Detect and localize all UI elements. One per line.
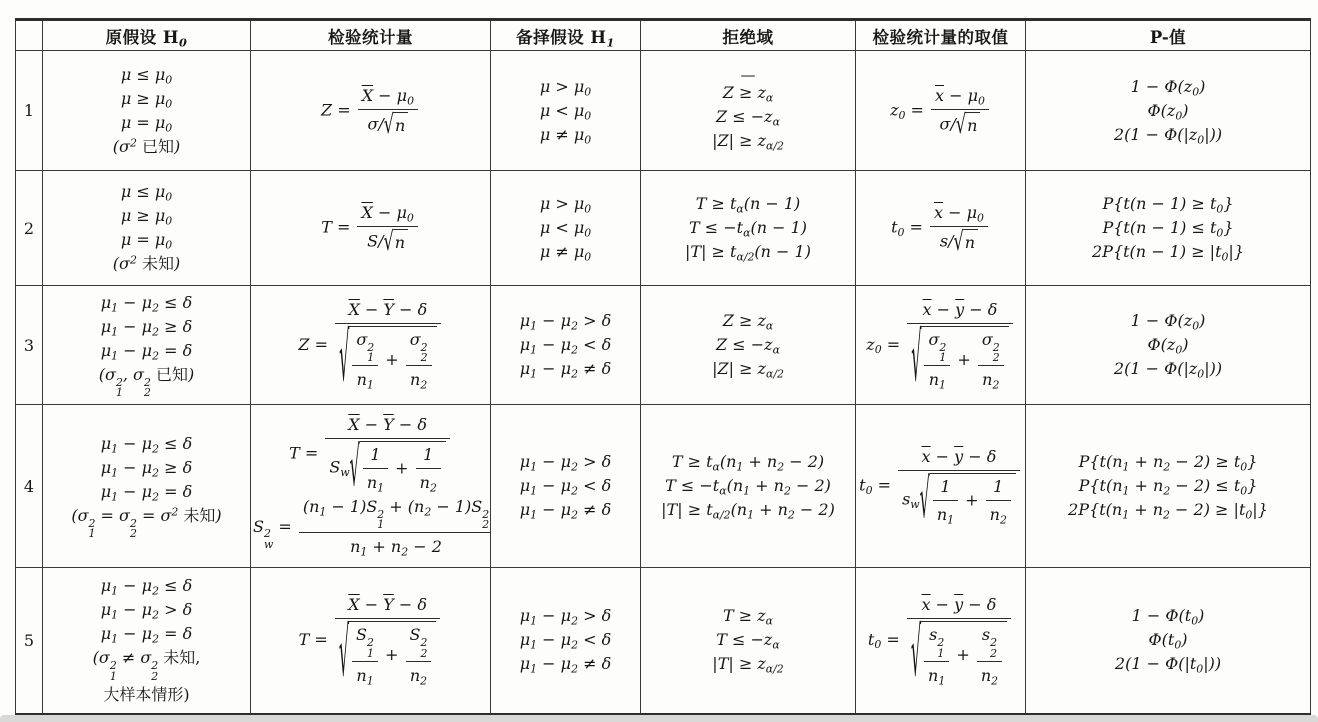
- cell-p: 1 − Φ(z0)Φ(z0)2(1 − Φ(|z0|)): [1026, 51, 1311, 171]
- formula-line: P{t(n1 + n2 − 2) ≤ t0}: [1028, 474, 1308, 498]
- formula-line: μ = μ0: [45, 111, 248, 135]
- denominator: n1: [924, 366, 950, 392]
- radicand: 1n1 + 1n2: [930, 473, 1016, 527]
- subscript: α: [773, 115, 780, 128]
- subscript: α/2: [766, 367, 784, 380]
- denominator: σ/√n: [931, 110, 989, 138]
- cell-h1: μ1 − μ2 > δμ1 − μ2 < δμ1 − μ2 ≠ δ: [491, 286, 641, 405]
- formula-line: |T| ≥ zα/2: [643, 652, 853, 676]
- subscript: 0: [179, 35, 187, 49]
- overline-var: Y: [383, 300, 394, 319]
- formula-line: z0 = x − y − δ√σ21n1 + σ22n2: [858, 298, 1023, 393]
- numerator: s22: [977, 623, 1002, 662]
- numerator: X − Y − δ: [335, 298, 440, 324]
- cell-value: t0 = x − y − δ√s21n1 + s22n2: [856, 568, 1026, 714]
- table-row: 3μ1 − μ2 ≤ δμ1 − μ2 ≥ δμ1 − μ2 = δ(σ21, …: [16, 286, 1311, 405]
- subscript: 0: [584, 133, 591, 146]
- subscript: 0: [1197, 133, 1204, 146]
- table-row: 1μ ≤ μ0μ ≥ μ0μ = μ0(σ2 已知)Z = X − μ0σ/√n…: [16, 51, 1311, 171]
- subscript: 1: [530, 343, 537, 356]
- denominator: σ/√n: [358, 110, 418, 138]
- denominator: n1: [363, 469, 388, 495]
- cell-h0: μ ≤ μ0μ ≥ μ0μ = μ0(σ2 已知): [43, 51, 251, 171]
- subscript: 1: [367, 353, 374, 364]
- subscript: α: [766, 91, 773, 104]
- cell-reject: —Z ≥ zαZ ≤ −zα|Z| ≥ zα/2: [641, 51, 856, 171]
- fraction: x − y − δ√σ21n1 + σ22n2: [907, 298, 1012, 393]
- numerator: 1: [986, 475, 1011, 501]
- sqrt: √s21n1 + s22n2: [911, 621, 1007, 688]
- radicand: σ21n1 + σ22n2: [921, 326, 1008, 393]
- sub-sup: 21: [367, 343, 374, 365]
- fraction: x − y − δ√s21n1 + s22n2: [907, 593, 1011, 688]
- formula-line: |Z| ≥ zα/2: [643, 357, 853, 381]
- subscript: 1: [1123, 460, 1130, 473]
- subscript: 0: [1192, 319, 1199, 332]
- upright-text: -值: [1162, 28, 1186, 47]
- subscript: 1: [530, 639, 537, 652]
- upright-text: 检验统计量: [328, 28, 413, 47]
- scanned-table-page: 原假设 H0检验统计量备择假设 H1拒绝域检验统计量的取值P-值 1μ ≤ μ0…: [0, 0, 1318, 722]
- subscript: 2: [152, 632, 159, 645]
- denominator: √σ21n1 + σ22n2: [335, 324, 440, 393]
- subscript: 0: [898, 226, 905, 239]
- cell-value: t0 = x − y − δsw√1n1 + 1n2: [856, 405, 1026, 568]
- radical-sign: √: [911, 326, 921, 393]
- radical-sign: √: [339, 621, 349, 688]
- sqrt: √σ21n1 + σ22n2: [911, 326, 1008, 393]
- sqrt: √n: [384, 112, 409, 138]
- formula-line: μ ≥ μ0: [45, 204, 248, 228]
- fraction: (n1 − 1)S21 + (n2 − 1)S22n1 + n2 − 2: [299, 495, 491, 560]
- fraction: 1n2: [416, 443, 441, 495]
- sub-sup: 21: [939, 343, 946, 365]
- column-header-h1: 备择假设 H1: [491, 20, 641, 51]
- fraction: 1n1: [363, 443, 388, 495]
- denominator: Sw√1n1 + 1n2: [325, 439, 450, 495]
- subscript: 1: [530, 484, 537, 497]
- formula-line: Φ(z0): [1028, 99, 1308, 123]
- fraction: X − μ0σ/√n: [358, 84, 418, 138]
- fraction: x − μ0σ/√n: [931, 84, 989, 138]
- subscript: 1: [111, 325, 118, 338]
- formula-line: μ1 − μ2 ≤ δ: [45, 574, 248, 598]
- formula-line: T = X − Y − δ√S21n1 + S22n2: [253, 593, 488, 688]
- denominator: n2: [978, 366, 1004, 392]
- cell-value: z0 = x − y − δ√σ21n1 + σ22n2: [856, 286, 1026, 405]
- formula-line: μ1 − μ2 > δ: [493, 604, 638, 628]
- subscript: 2: [571, 615, 578, 628]
- numerator: σ22: [978, 328, 1004, 367]
- formula-line: μ > μ0: [493, 192, 638, 216]
- superscript: 2: [130, 136, 137, 149]
- overline-var: x: [935, 86, 944, 105]
- radical-sign: √: [339, 326, 349, 393]
- numerator: S21: [352, 623, 378, 662]
- denominator: n2: [406, 662, 432, 688]
- cell-value: z0 = x − μ0σ/√n: [856, 51, 1026, 171]
- cell-h0: μ1 − μ2 ≤ δμ1 − μ2 ≥ δμ1 − μ2 = δ(σ21 = …: [43, 405, 251, 568]
- subscript: 2: [152, 349, 159, 362]
- formula-line: T = X − Y − δSw√1n1 + 1n2: [253, 413, 488, 495]
- sub-sup: 21: [367, 638, 374, 660]
- subscript: 2: [571, 460, 578, 473]
- numerator: s21: [924, 623, 949, 662]
- formula-line: μ < μ0: [493, 99, 638, 123]
- formula-line: 1 − Φ(t0): [1028, 604, 1308, 628]
- cell-reject: Z ≥ zαZ ≤ −zα|Z| ≥ zα/2: [641, 286, 856, 405]
- subscript: 2: [784, 484, 791, 497]
- cell-p: 1 − Φ(z0)Φ(z0)2(1 − Φ(|z0|)): [1026, 286, 1311, 405]
- sqrt: √n: [954, 229, 979, 255]
- subscript: 1: [530, 367, 537, 380]
- row-number: 2: [16, 171, 43, 286]
- radicand: n: [394, 229, 408, 255]
- radicand: 1n1 + 1n2: [360, 441, 446, 495]
- overline-var: Y: [383, 595, 394, 614]
- column-header-h0: 原假设 H0: [43, 20, 251, 51]
- sub-sup: 22: [421, 343, 428, 365]
- formula-line: 2(1 − Φ(|z0|)): [1028, 123, 1308, 147]
- subscript: 2: [993, 353, 1000, 364]
- fraction: 1n2: [986, 475, 1011, 527]
- formula-line: μ1 − μ2 > δ: [493, 450, 638, 474]
- subscript: 1: [530, 615, 537, 628]
- subscript: 2: [571, 367, 578, 380]
- subscript: 2: [130, 529, 137, 540]
- subscript: α: [713, 460, 720, 473]
- subscript: 0: [584, 85, 591, 98]
- upright-text: 未知: [183, 506, 215, 525]
- formula-line: T ≥ zα: [643, 604, 853, 628]
- overline-var: X: [361, 203, 372, 222]
- sub-sup: 22: [130, 519, 137, 541]
- denominator: √S21n1 + S22n2: [335, 619, 441, 688]
- denominator: √s21n1 + s22n2: [907, 619, 1011, 688]
- denominator: n2: [986, 501, 1011, 527]
- subscript: w: [910, 498, 919, 511]
- formula-line: μ ≠ μ0: [493, 240, 638, 264]
- upright-text: 检验统计量的取值: [873, 28, 1009, 47]
- subscript: 1: [607, 35, 615, 49]
- subscript: 1: [89, 529, 96, 540]
- denominator: S/√n: [357, 227, 417, 255]
- subscript: 0: [1216, 226, 1223, 239]
- denominator: n2: [406, 366, 432, 392]
- subscript: 2: [571, 484, 578, 497]
- cell-p: P{t(n − 1) ≥ t0}P{t(n − 1) ≤ t0}2P{t(n −…: [1026, 171, 1311, 286]
- formula-line: S2w = (n1 − 1)S21 + (n2 − 1)S22n1 + n2 −…: [253, 495, 488, 560]
- sub-sup: 21: [377, 510, 384, 532]
- numerator: 1: [363, 443, 388, 469]
- sub-sup: 21: [110, 661, 117, 683]
- subscript: 1: [947, 513, 954, 526]
- formula-line: μ ≤ μ0: [45, 180, 248, 204]
- formula-line: μ1 − μ2 < δ: [493, 333, 638, 357]
- formula-line: 2P{t(n1 + n2 − 2) ≥ |t0|}: [1028, 498, 1308, 522]
- subscript: α: [743, 226, 750, 239]
- formula-line: 1 − Φ(z0): [1028, 75, 1308, 99]
- subscript: α: [766, 319, 773, 332]
- cell-stat: T = X − Y − δ√S21n1 + S22n2: [251, 568, 491, 714]
- formula-line: (σ2 已知): [45, 135, 248, 159]
- cell-stat: T = X − μ0S/√n: [251, 171, 491, 286]
- numerator: 1: [416, 443, 441, 469]
- subscript: 2: [777, 460, 784, 473]
- subscript: 1: [111, 301, 118, 314]
- formula-line: 2(1 − Φ(|z0|)): [1028, 357, 1308, 381]
- cell-p: P{t(n1 + n2 − 2) ≥ t0}P{t(n1 + n2 − 2) ≤…: [1026, 405, 1311, 568]
- subscript: 0: [875, 343, 882, 356]
- sub-sup: 2w: [264, 529, 273, 551]
- subscript: 2: [420, 379, 427, 392]
- fraction: X − μ0S/√n: [357, 201, 417, 255]
- upright-text: 大样本情形): [103, 685, 189, 704]
- subscript: 2: [1000, 513, 1007, 526]
- subscript: 0: [1240, 484, 1247, 497]
- formula-line: μ ≥ μ0: [45, 87, 248, 111]
- overline-var: y: [954, 595, 963, 614]
- subscript: 2: [571, 639, 578, 652]
- formula-line: 1 − Φ(z0): [1028, 309, 1308, 333]
- subscript: 1: [938, 674, 945, 687]
- denominator: n2: [416, 469, 441, 495]
- denominator: √σ21n1 + σ22n2: [907, 324, 1012, 393]
- subscript: 1: [367, 674, 374, 687]
- formula-line: μ1 − μ2 = δ: [45, 622, 248, 646]
- radical-sign: √: [954, 229, 964, 255]
- formula-line: Z ≥ zα: [643, 81, 853, 105]
- radicand: n: [964, 229, 978, 255]
- formula-line: μ1 − μ2 ≥ δ: [45, 315, 248, 339]
- table-row: 4μ1 − μ2 ≤ δμ1 − μ2 ≥ δμ1 − μ2 = δ(σ21 =…: [16, 405, 1311, 568]
- column-header-stat: 检验统计量: [251, 20, 491, 51]
- overline-var: X: [348, 595, 359, 614]
- sub-sup: 22: [144, 378, 151, 400]
- formula-line: |T| ≥ tα/2(n1 + n2 − 2): [643, 498, 853, 522]
- numerator: S22: [406, 623, 432, 662]
- subscript: 2: [424, 505, 431, 518]
- subscript: α/2: [713, 508, 731, 521]
- cell-h1: μ > μ0μ < μ0μ ≠ μ0: [491, 171, 641, 286]
- radicand: σ21n1 + σ22n2: [349, 326, 436, 393]
- subscript: 1: [116, 388, 123, 399]
- radicand: s21n1 + s22n2: [921, 621, 1007, 688]
- subscript: 0: [1222, 250, 1229, 263]
- cell-h0: μ1 − μ2 ≤ δμ1 − μ2 ≥ δμ1 − μ2 = δ(σ21, σ…: [43, 286, 251, 405]
- overline-var: x: [934, 203, 943, 222]
- radicand: n: [394, 112, 408, 138]
- subscript: 1: [319, 505, 326, 518]
- formula-line: μ ≠ μ0: [493, 123, 638, 147]
- table-row: 5μ1 − μ2 ≤ δμ1 − μ2 > δμ1 − μ2 = δ(σ21 ≠…: [16, 568, 1311, 714]
- denominator: s/√n: [930, 227, 988, 255]
- formula-line: T ≤ −tα(n − 1): [643, 216, 853, 240]
- cell-h1: μ1 − μ2 > δμ1 − μ2 < δμ1 − μ2 ≠ δ: [491, 568, 641, 714]
- row-number: 4: [16, 405, 43, 568]
- subscript: 2: [421, 353, 428, 364]
- subscript: 1: [111, 608, 118, 621]
- subscript: 1: [111, 466, 118, 479]
- formula-line: μ = μ0: [45, 228, 248, 252]
- numerator: (n1 − 1)S21 + (n2 − 1)S22: [299, 495, 491, 534]
- subscript: α/2: [736, 250, 754, 263]
- subscript: 1: [111, 490, 118, 503]
- numerator: x − μ0: [931, 84, 989, 110]
- sqrt: √σ21n1 + σ22n2: [339, 326, 436, 393]
- subscript: 0: [165, 97, 172, 110]
- formula-line: μ ≤ μ0: [45, 63, 248, 87]
- subscript: 0: [584, 109, 591, 122]
- upright-text: 原假设: [106, 28, 157, 47]
- overline-var: y: [955, 300, 964, 319]
- formula-line: μ1 − μ2 < δ: [493, 474, 638, 498]
- formula-line: μ1 − μ2 ≠ δ: [493, 357, 638, 381]
- column-header-value: 检验统计量的取值: [856, 20, 1026, 51]
- numerator: X − μ0: [358, 84, 418, 110]
- formula-line: Z = X − Y − δ√σ21n1 + σ22n2: [253, 298, 488, 393]
- cell-h1: μ1 − μ2 > δμ1 − μ2 < δμ1 − μ2 ≠ δ: [491, 405, 641, 568]
- numerator: x − y − δ: [898, 445, 1020, 471]
- formula-line: μ1 − μ2 = δ: [45, 480, 248, 504]
- fraction: σ21n1: [352, 328, 378, 393]
- subscript: 2: [152, 325, 159, 338]
- subscript: 2: [151, 672, 158, 683]
- subscript: 0: [165, 238, 172, 251]
- subscript: 2: [1163, 508, 1170, 521]
- upright-text: 未知: [142, 254, 174, 273]
- radical-sign: √: [911, 621, 921, 688]
- subscript: 1: [530, 319, 537, 332]
- numerator: X − μ0: [357, 201, 417, 227]
- overline-var: x: [923, 300, 932, 319]
- subscript: 0: [978, 94, 985, 107]
- subscript: 1: [111, 584, 118, 597]
- denominator: n1: [352, 366, 378, 392]
- subscript: 0: [165, 121, 172, 134]
- sub-sup: 22: [151, 661, 158, 683]
- overline-var: X: [348, 415, 359, 434]
- subscript: 1: [743, 484, 750, 497]
- formula-line: μ1 − μ2 ≤ δ: [45, 291, 248, 315]
- superscript: 2: [130, 254, 137, 267]
- formula-line: Φ(z0): [1028, 333, 1308, 357]
- subscript: 0: [1174, 639, 1181, 652]
- subscript: α: [736, 202, 743, 215]
- formula-line: P{t(n − 1) ≤ t0}: [1028, 216, 1308, 240]
- subscript: 2: [401, 546, 408, 559]
- fraction: s22n2: [977, 623, 1002, 688]
- subscript: 0: [1216, 202, 1223, 215]
- cell-h0: μ1 − μ2 ≤ δμ1 − μ2 > δμ1 − μ2 = δ(σ21 ≠ …: [43, 568, 251, 714]
- cell-p: 1 − Φ(t0)Φ(t0)2(1 − Φ(|t0|)): [1026, 568, 1311, 714]
- sqrt: √n: [384, 229, 409, 255]
- formula-line: z0 = x − μ0σ/√n: [858, 84, 1023, 138]
- sub-sup: 22: [990, 638, 997, 660]
- fraction: s21n1: [924, 623, 949, 688]
- subscript: 2: [482, 520, 489, 531]
- subscript: 2: [571, 508, 578, 521]
- denominator: n2: [977, 662, 1002, 688]
- subscript: 2: [152, 301, 159, 314]
- upright-text: 拒绝域: [723, 28, 774, 47]
- hypothesis-test-table: 原假设 H0检验统计量备择假设 H1拒绝域检验统计量的取值P-值 1μ ≤ μ0…: [15, 18, 1311, 715]
- column-header-reject: 拒绝域: [641, 20, 856, 51]
- radical-sign: √: [350, 441, 360, 495]
- cell-h1: μ > μ0μ < μ0μ ≠ μ0: [491, 51, 641, 171]
- formula-line: T ≥ tα(n − 1): [643, 192, 853, 216]
- subscript: 2: [1163, 460, 1170, 473]
- subscript: 1: [377, 481, 384, 494]
- subscript: 1: [377, 520, 384, 531]
- subscript: 1: [939, 379, 946, 392]
- formula-line: (σ2 未知): [45, 252, 248, 276]
- overline-var: x: [922, 447, 931, 466]
- cell-h0: μ ≤ μ0μ ≥ μ0μ = μ0(σ2 未知): [43, 171, 251, 286]
- column-header-p: P-值: [1026, 20, 1311, 51]
- formula-line: (σ21 = σ22 = σ2 未知): [45, 504, 248, 541]
- formula-line: (σ21, σ22 已知): [45, 363, 248, 400]
- denominator: sw√1n1 + 1n2: [898, 471, 1020, 527]
- fraction: σ21n1: [924, 328, 950, 393]
- formula-line: |T| ≥ tα/2(n − 1): [643, 240, 853, 264]
- formula-line: μ1 − μ2 ≤ δ: [45, 432, 248, 456]
- formula-line: μ1 − μ2 = δ: [45, 339, 248, 363]
- subscript: α: [772, 639, 779, 652]
- radical-sign: √: [384, 229, 394, 255]
- numerator: σ21: [352, 328, 378, 367]
- numerator: X − Y − δ: [335, 593, 441, 619]
- sub-sup: 21: [116, 378, 123, 400]
- numerator: x − μ0: [930, 201, 988, 227]
- formula-line: μ1 − μ2 > δ: [493, 309, 638, 333]
- cell-reject: T ≥ tα(n − 1)T ≤ −tα(n − 1)|T| ≥ tα/2(n …: [641, 171, 856, 286]
- formula-line: |Z| ≥ zα/2: [643, 129, 853, 153]
- upright-text: 已知: [156, 365, 188, 384]
- subscript: 2: [152, 584, 159, 597]
- formula-line: Z ≤ −zα: [643, 333, 853, 357]
- formula-line: t0 = x − μ0s/√n: [858, 201, 1023, 255]
- fraction: σ22n2: [406, 328, 432, 393]
- subscript: α: [773, 343, 780, 356]
- upright-text: 未知,: [163, 648, 200, 667]
- subscript: 1: [530, 460, 537, 473]
- formula-line: 2(1 − Φ(|t0|)): [1028, 652, 1308, 676]
- subscript: α: [766, 615, 773, 628]
- sub-sup: 22: [993, 343, 1000, 365]
- radical-sign: √: [956, 112, 966, 138]
- subscript: 1: [111, 349, 118, 362]
- radical-sign: √: [384, 112, 394, 138]
- subscript: 0: [584, 226, 591, 239]
- formula-line: μ > μ0: [493, 75, 638, 99]
- subscript: 0: [1196, 663, 1203, 676]
- numerator: σ21: [924, 328, 950, 367]
- subscript: α/2: [766, 139, 784, 152]
- subscript: 2: [1163, 484, 1170, 497]
- formula-line: Z ≥ zα: [643, 309, 853, 333]
- subscript: 2: [571, 319, 578, 332]
- subscript: 1: [111, 442, 118, 455]
- subscript: 1: [110, 672, 117, 683]
- numerator: x − y − δ: [907, 593, 1011, 619]
- table-body: 1μ ≤ μ0μ ≥ μ0μ = μ0(σ2 已知)Z = X − μ0σ/√n…: [16, 51, 1311, 714]
- numerator: X − Y − δ: [325, 413, 450, 439]
- subscript: 2: [152, 490, 159, 503]
- subscript: α: [719, 484, 726, 497]
- subscript: 1: [367, 649, 374, 660]
- denominator: n1: [924, 662, 949, 688]
